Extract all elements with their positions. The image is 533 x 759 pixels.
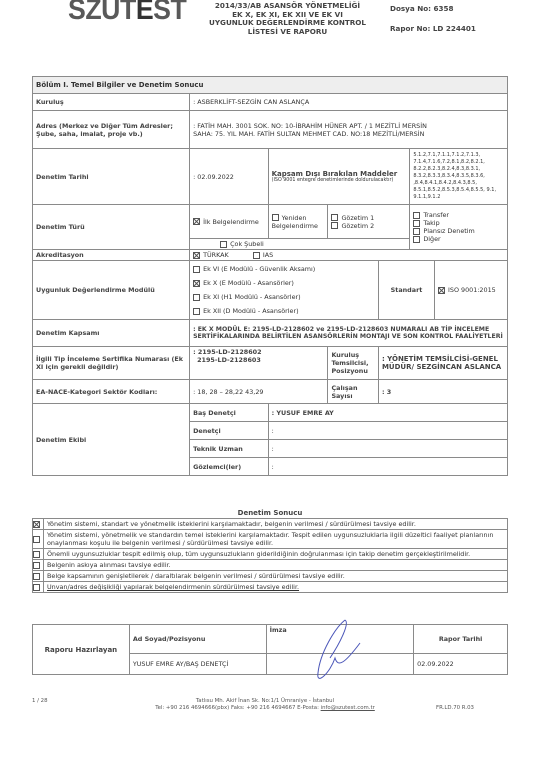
nace-value: : 18, 28 – 28,22 43,29 bbox=[190, 380, 328, 404]
ekip-role: Baş Denetçi bbox=[190, 404, 269, 422]
denetim-sonucu-table: Denetim Sonucu Yönetim sistemi, standart… bbox=[32, 508, 508, 593]
result-item: Belgenin askıya alınması tavsiye edilir. bbox=[44, 560, 508, 571]
akreditasyon-label: Akreditasyon bbox=[33, 250, 190, 261]
tur-yeniden[interactable]: Yeniden Belgelendirme bbox=[268, 205, 328, 239]
ekip-role: Teknik Uzman bbox=[190, 440, 269, 458]
basic-info-table: Bölüm I. Temel Bilgiler ve Denetim Sonuc… bbox=[32, 76, 508, 476]
ekip-name: : bbox=[268, 440, 507, 458]
checkbox-diger[interactable] bbox=[413, 236, 420, 243]
date-value: 02.09.2022 bbox=[414, 654, 508, 675]
section-title: Bölüm I. Temel Bilgiler ve Denetim Sonuc… bbox=[33, 77, 508, 94]
kurulus-label: Kuruluş bbox=[33, 94, 190, 111]
modul-label: Uygunluk Değerlendirme Modülü bbox=[33, 261, 190, 320]
ekip-role: Gözlemci(ler) bbox=[190, 458, 269, 476]
result-checkbox-5[interactable] bbox=[33, 573, 40, 580]
adres-label: Adres (Merkez ve Diğer Tüm Adresler; Şub… bbox=[33, 111, 190, 149]
kapsam-disi-value: 5.1.2,7.1,7.1.1,7.1.2,7.1.3, 7.1.4,7.1.6… bbox=[410, 149, 508, 205]
result-item: Unvan/adres değişikliği yapılarak belgel… bbox=[44, 582, 508, 593]
tarih-value: : 02.09.2022 bbox=[190, 149, 269, 205]
temsilci-label: Kuruluş Temsilcisi, Posizyonu bbox=[328, 347, 378, 380]
result-item: Belge kapsamının genişletilerek / daralt… bbox=[44, 571, 508, 582]
sonuc-title: Denetim Sonucu bbox=[33, 508, 508, 519]
calisan-value: : 3 bbox=[378, 380, 507, 404]
checkbox-gozetim-1[interactable] bbox=[331, 214, 338, 221]
checkbox-cok-subeli[interactable] bbox=[220, 241, 227, 248]
dosya-no: Dosya No: 6358 bbox=[390, 4, 454, 13]
standart-value: ISO 9001:2015 bbox=[435, 261, 508, 320]
checkbox-transfer[interactable] bbox=[413, 212, 420, 219]
checkbox-ek-x[interactable] bbox=[193, 280, 200, 287]
ekip-role: Denetçi bbox=[190, 422, 269, 440]
tur-ilk[interactable]: İlk Belgelendirme bbox=[190, 205, 269, 239]
document-title: 2014/33/AB ASANSÖR YÖNETMELİĞİ EK X, EK … bbox=[205, 2, 370, 36]
ekip-label: Denetim Ekibi bbox=[33, 404, 190, 476]
result-item: Önemli uygunsuzluklar tespit edilmiş olu… bbox=[44, 549, 508, 560]
checkbox-turkak[interactable] bbox=[193, 252, 200, 259]
temsilci-value: : YÖNETİM TEMSİLCİSİ-GENEL MÜDÜR/ SEZGİN… bbox=[378, 347, 507, 380]
date-header: Rapor Tarihi bbox=[414, 625, 508, 654]
nace-label: EA-NACE-Kategori Sektör Kodları: bbox=[33, 380, 190, 404]
result-item: Yönetim sistemi, yönetmelik ve standardı… bbox=[44, 530, 508, 549]
checkbox-ilk[interactable] bbox=[193, 218, 200, 225]
kapsam-value: : EK X MODÜL E: 2195-LD-2128602 ve 2195-… bbox=[190, 320, 508, 347]
checkbox-takip[interactable] bbox=[413, 220, 420, 227]
ekip-name: : YUSUF EMRE AY bbox=[268, 404, 507, 422]
form-code: FR.LD.70 R.03 bbox=[436, 705, 474, 711]
tur-cok-subeli[interactable]: Çok Şubeli bbox=[190, 239, 410, 250]
checkbox-ek-xi[interactable] bbox=[193, 294, 200, 301]
result-checkbox-6[interactable] bbox=[33, 584, 40, 591]
tarih-label: Denetim Tarihi bbox=[33, 149, 190, 205]
ekip-name: : bbox=[268, 422, 507, 440]
checkbox-gozetim-2[interactable] bbox=[331, 222, 338, 229]
adres-value: : FATİH MAH. 3001 SOK. NO: 10-İBRAHİM HÜ… bbox=[190, 111, 508, 149]
sertifika-label: İlgili Tip İnceleme Sertifika Numarası (… bbox=[33, 347, 190, 380]
footer-address: Tatlısu Mh. Akif İnan Sk. No:1/1 Ümraniy… bbox=[150, 698, 380, 712]
checkbox-ias[interactable] bbox=[253, 252, 260, 259]
page-number: 1 / 28 bbox=[32, 698, 48, 704]
kapsam-disi-cell: Kapsam Dışı Bırakılan Maddeler (ISO 9001… bbox=[268, 149, 410, 205]
modul-options: Ek VI (E Modülü - Güvenlik Aksamı) Ek X … bbox=[190, 261, 379, 320]
signature-icon bbox=[300, 618, 370, 688]
ekip-name: : bbox=[268, 458, 507, 476]
name-header: Ad Soyad/Pozisyonu bbox=[129, 625, 266, 654]
tur-label: Denetim Türü bbox=[33, 205, 190, 250]
checkbox-plansiz[interactable] bbox=[413, 228, 420, 235]
szutest-logo: SZUTEST bbox=[68, 0, 186, 27]
result-checkbox-1[interactable] bbox=[33, 521, 40, 528]
kapsam-label: Denetim Kapsamı bbox=[33, 320, 190, 347]
calisan-label: Çalışan Sayısı bbox=[328, 380, 378, 404]
tur-gozetim: Gözetim 1 Gözetim 2 bbox=[328, 205, 410, 239]
result-checkbox-3[interactable] bbox=[33, 551, 40, 558]
checkbox-yeniden[interactable] bbox=[272, 214, 279, 221]
result-checkbox-4[interactable] bbox=[33, 562, 40, 569]
email-link[interactable]: info@szutest.com.tr bbox=[321, 705, 375, 711]
result-checkbox-2[interactable] bbox=[33, 536, 40, 543]
signoff-table: Raporu Hazırlayan Ad Soyad/Pozisyonu İmz… bbox=[32, 624, 508, 675]
standart-label: Standart bbox=[378, 261, 434, 320]
checkbox-ek-xii[interactable] bbox=[193, 308, 200, 315]
akreditasyon-options: TÜRKAK IAS bbox=[190, 250, 508, 261]
hazirlayan-label: Raporu Hazırlayan bbox=[33, 625, 130, 675]
checkbox-ek-vi[interactable] bbox=[193, 266, 200, 273]
kurulus-value: : ASBERKLİFT-SEZGİN CAN ASLANÇA bbox=[190, 94, 508, 111]
sertifika-value: : 2195-LD-2128602 2195-LD-2128603 bbox=[190, 347, 328, 380]
rapor-no: Rapor No: LD 224401 bbox=[390, 24, 476, 33]
result-item: Yönetim sistemi, standart ve yönetmelik … bbox=[44, 519, 508, 530]
name-value: YUSUF EMRE AY/BAŞ DENETÇİ bbox=[129, 654, 266, 675]
tur-other: Transfer Takip Plansız Denetim Diğer bbox=[410, 205, 508, 250]
checkbox-iso[interactable] bbox=[438, 287, 445, 294]
